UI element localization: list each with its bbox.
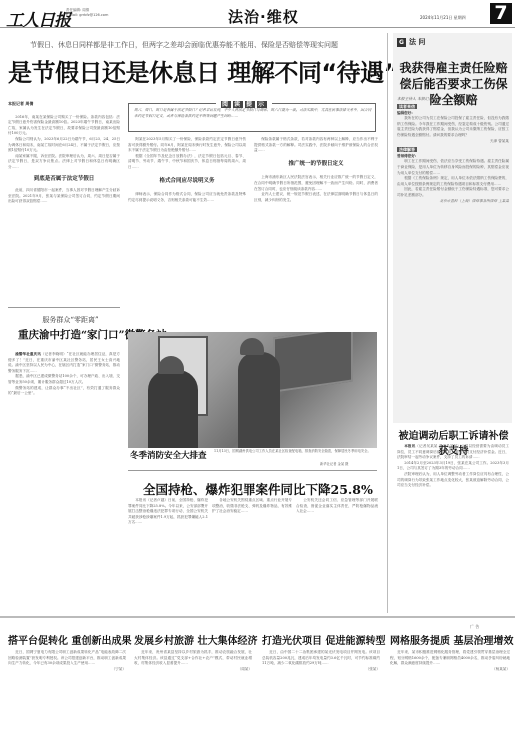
lead-headline: 是节假日还是休息日 理解不同“待遇”迥异 (8, 53, 446, 88)
lead-paragraph: 此前，四川省德阳市一起案件，当事人因对节假日理解产生分歧诉至法院。2021年9月… (8, 188, 120, 205)
answer-paragraph: 因此，若雇主责任险赔付金额低于工伤保险待遇标准，您可要求公司补足差额部分。 (397, 187, 509, 198)
bottom-signoff: （张某） (262, 667, 380, 673)
column-divider (387, 33, 388, 613)
news-photo (128, 332, 377, 448)
question-asker: 天津 曾某某 (397, 139, 509, 145)
labor-case-dateline: 本报讯 (404, 444, 415, 448)
lead-paragraph: 业内人士建议，统一规范节假日表述，在法律层面明确节假日与休息日的区别，减少纠纷的… (254, 192, 378, 203)
legal-qa-body: 读者来信 编辑您好: 我所在的公司为员工在保险公司投保了雇主责任险，但没有为我缴… (397, 104, 509, 418)
feature-paragraph: 微警务站的建成，让群众办事“不出社区”，有效打通了服务群众的“最后一公里”。 (8, 386, 120, 397)
feature-body: 渝警华社重庆讯（记者李晓明）“在社区就能办理居住证，真是方便多了！”近日，在重庆… (8, 352, 120, 602)
photo-helmet (240, 338, 264, 355)
lead-kicker: 节假日、休息日同样都是非工作日，但两字之差却会面临优惠券能不能用、保险是否赔偿等… (30, 40, 338, 50)
crime-column-1: 本报讯（记者卢越）日前，全国持枪、爆炸犯罪案件同比下降25.8%。今年以来，公安… (128, 498, 208, 610)
bottom-paragraph: 近年来，贵州省某县坚持以乡村旅游为抓手，推动农旅融合发展，壮大村集体经济。该县通… (134, 650, 252, 667)
crime-column-3: 公安机关还会同工信、应急管理等部门开展联合检查，督促企业落实主体责任，严防枪爆物… (296, 498, 378, 610)
answer-paragraph: 根据《工伤保险条例》规定，用人单位未依法缴纳工伤保险费的，由用人单位按照条例规定… (397, 176, 509, 187)
lead-column-2: 阿某在2023年5月购买了一份保险，保险条款约定法定节假日意外伤害可获得额外赔付… (128, 137, 246, 327)
lead-column-1: 本报记者 周倩 2016年，南某在某保险公司购买了一份保险。条款内容包括：法定节… (8, 98, 120, 310)
lead-subhead-3: 推广统一的节假日定义 (254, 162, 378, 168)
photo-worker (238, 352, 280, 448)
bottom-article-1: 近日，国网宁夏电力有限公司职工创新成果转化产品“电能表故障二次回路检测装置”获发… (8, 650, 126, 746)
labor-case-body: 本报讯（记者吴某某 通讯员某某）公司以经营需要为由调动员工岗位，员工不同意调岗后… (397, 444, 509, 610)
ad-label: 广 告 (470, 624, 479, 630)
photo-caption: 11月13日，国网湖州供电公司工作人员在某社区检查配电箱，排查消防安全隐患，保障… (214, 449, 374, 454)
legal-qa-tag: G法 问 (397, 37, 425, 47)
crime-column-2: 各地公安机关围绕重点区域、重点行业开展专项整治，收缴非法枪支、弹药及爆炸物品，有… (212, 498, 292, 610)
photo-credit: 新华社记者 金某 摄 (320, 461, 348, 466)
bottom-article-4: 近年来，某市积极推进网格化服务管理，将党建引领贯穿基层治理全过程，划分网格160… (390, 650, 510, 746)
feature-title: 重庆渝中打造“家门口”微警务站 (18, 327, 123, 342)
crime-paragraph: 公安机关还会同工信、应急管理等部门开展联合检查，督促企业落实主体责任，严防枪爆物… (296, 498, 378, 515)
question-text: 我所在的公司为员工在保险公司投保了雇主责任险，但没有为我缴纳工伤保险。今年我在工… (397, 116, 509, 138)
lead-paragraph: 保险公司则认为，2023年6月22日为端午节，6月23、24、25日为调休日和周… (8, 137, 120, 154)
bottom-paragraph: 近日，国网宁夏电力有限公司职工创新成果转化产品“电能表故障二次回路检测装置”获发… (8, 650, 126, 667)
bottom-headline-1: 搭平台促转化 重创新出成果 (8, 632, 126, 647)
photo-divider (128, 470, 377, 471)
lead-paragraph: 律师表示，保险合同作为格式合同，保险公司应当就免责条款及特殊约定尽到提示说明义务… (128, 192, 246, 203)
legal-qa-icon: G (397, 38, 406, 47)
lead-byline: 本报记者 周倩 (8, 101, 120, 107)
section-title: 法治·维权 (228, 6, 299, 27)
lead-paragraph: 上海市浦东新区人民法院法官表示，相关行业应推广统一的节假日定义，在合同中明确节假… (254, 175, 378, 192)
reader-letter-label: 读者来信 (397, 104, 417, 109)
labor-case-paragraph: 法院审理后认为，用人单位调整劳动者工作岗位应具有合理性，公司的调岗行为导致张某工… (397, 472, 509, 489)
photo-title: 冬季消防安全大排查 (130, 449, 207, 461)
bottom-article-2: 近年来，贵州省某县坚持以乡村旅游为抓手，推动农旅融合发展，壮大村集体经济。该县通… (134, 650, 252, 746)
feature-heading: 服务群众“零距离” 重庆渝中打造“家门口”微警务站 (18, 315, 123, 342)
lead-column-3: 保险条款属于格式条款，若对条款内容有两种以上解释，应当作出不利于提供格式条款一方… (254, 137, 378, 327)
labor-case-paragraph: 2014年2月至2023年3月19日，张某在某公司工作。2023年3月1日，公司… (397, 461, 509, 472)
answer-paragraph: 职工在工作期间受伤，依法应当享受工伤保险待遇。雇主责任险属于商业保险，是用人单位… (397, 159, 509, 176)
lead-subhead-1: 到底是否属于法定节假日 (8, 177, 120, 183)
answer-signoff: 北京市盈科（上海）律师事务所律师 王某某 (397, 199, 509, 205)
feature-kicker: 服务群众“零距离” (18, 315, 123, 325)
lead-subhead-2: 格式合同应尽说明义务 (128, 179, 246, 185)
bottom-headline-3: 打造光伏项目 促进能源转型 (262, 632, 380, 647)
answer-label: 法律解答 (397, 147, 417, 152)
photo-meter-box (273, 332, 353, 393)
feature-paragraph: 据悉，渝中区已建成微警务站100余个，可办理户政、出入境、交管等业务50余项，累… (8, 374, 120, 385)
lead-paragraph: 南某家属不服，诉至法院。法院审理后认为，周六、周日是否属于法定节假日，是双方争议… (8, 154, 120, 171)
crime-paragraph: 各地公安机关围绕重点区域、重点行业开展专项整治，收缴非法枪支、弹药及爆炸物品，有… (212, 498, 292, 515)
masthead-info: 责任编辑: 周倩 E-mail: grrbfz@126.com (66, 8, 108, 18)
email-line: E-mail: grrbfz@126.com (66, 13, 108, 18)
bottom-band-rule (0, 616, 515, 618)
feature-divider (8, 307, 120, 308)
bottom-signoff: （宁某） (8, 667, 126, 673)
bottom-signoff: （周某） (134, 667, 252, 673)
feature-dateline: 渝警华社重庆讯 (15, 352, 41, 356)
legal-qa-byline: 本报主持人 本报记者 刘某 (397, 96, 441, 102)
bottom-signoff: （杨某某） (390, 667, 510, 673)
header-rule (0, 27, 515, 28)
crime-paragraph: 本报讯（记者卢越）日前，全国持枪、爆炸犯罪案件同比下降25.8%。今年以来，公安… (128, 498, 208, 526)
page-number: 7 (490, 3, 512, 24)
bottom-paragraph: 近年来，某市积极推进网格化服务管理，将党建引领贯穿基层治理全过程，划分网格160… (390, 650, 510, 667)
issue-date: 2024年11月21日 星期四 (420, 15, 466, 21)
bottom-article-3: 近日，由中国二十二冶集团承建的某光伏发电项目并网发电。该项目总装机容量200兆瓦… (262, 650, 380, 746)
lead-paragraph: 根据《全国年节及纪念日放假办法》，法定节假日包括元旦、春节、清明节、劳动节、端午… (128, 154, 246, 171)
bottom-paragraph: 近日，由中国二十二冶集团承建的某光伏发电项目并网发电。该项目总装机容量200兆瓦… (262, 650, 380, 667)
lead-paragraph: 保险条款属于格式条款，若对条款内容有两种以上解释，应当作出不利于提供格式条款一方… (254, 137, 378, 154)
lead-paragraph: 2016年，南某在某保险公司购买了一份保险。条款内容包括：法定节假日意外伤害保险… (8, 115, 120, 137)
bottom-headline-2: 发展乡村旅游 壮大集体经济 (134, 632, 252, 647)
lead-paragraph: 阿某在2023年5月购买了一份保险，保险条款约定法定节假日意外伤害可获得额外赔付… (128, 137, 246, 154)
photo-worker (148, 370, 198, 448)
reading-tip-text: 周六、周日、周日是否属于法定节假日？记者采访发现，不少人将法定节假日与调休、周六… (134, 108, 372, 119)
reading-tip-title: 阅读提示 (216, 99, 272, 108)
bottom-headline-4: 网格服务提质 基层治理增效 (390, 632, 510, 647)
crime-headline: 全国持枪、爆炸犯罪案件同比下降25.8% (143, 480, 373, 498)
